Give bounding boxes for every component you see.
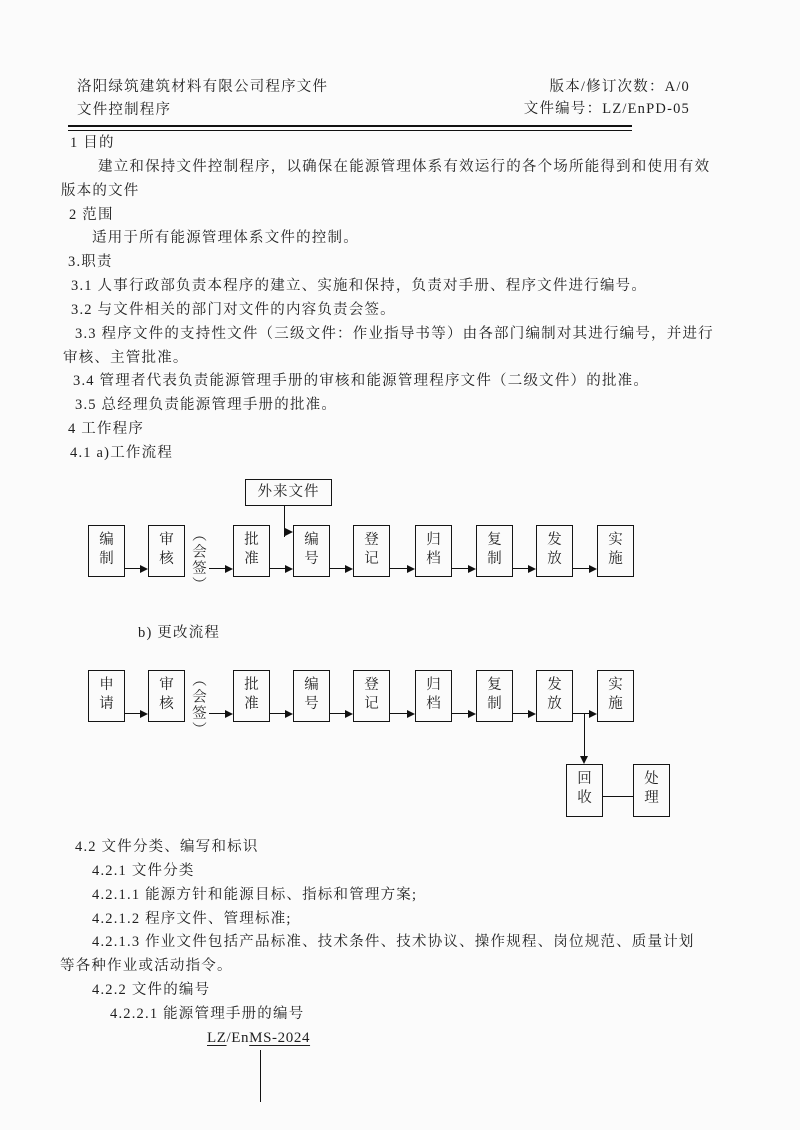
flow-a-step-box: 归档 [415, 525, 452, 577]
section-heading-procedure: 4 工作程序 [68, 418, 770, 442]
flow-b-step-box: 归档 [415, 670, 452, 722]
header-doc-title: 文件控制程序 [77, 99, 171, 121]
paragraph-line: 4.2.1.3 作业文件包括产品标准、技术条件、技术协议、操作规程、岗位规范、质… [92, 931, 770, 955]
flow-a-step-box: 实施 [597, 525, 634, 577]
paragraph-line: 3.1 人事行政部负责本程序的建立、实施和保持，负责对手册、程序文件进行编号。 [71, 275, 770, 299]
paragraph-line: 3.3 程序文件的支持性文件（三级文件：作业指导书等）由各部门编制对其进行编号，… [75, 323, 770, 347]
paragraph-line: 适用于所有能源管理体系文件的控制。 [92, 227, 770, 251]
flow-a-arrowhead [407, 565, 415, 573]
flow-b-arrowhead [140, 710, 148, 718]
flow-a-cosign-note: （会签） [190, 527, 206, 593]
flow-b-step-label: 审核 [158, 676, 176, 714]
flow-a-arrow-line [330, 568, 345, 569]
paragraph-line: 3.4 管理者代表负责能源管理手册的审核和能源管理程序文件（二级文件）的批准。 [73, 370, 770, 394]
flow-b-recycle-label: 回收 [576, 770, 594, 808]
flow-a-step-box: 审核 [148, 525, 185, 577]
header-doc-number: 文件编号：LZ/EnPD-05 [460, 98, 690, 120]
code-part-underlined: MS-2024 [249, 1030, 310, 1046]
flowchart-b-caption: b) 更改流程 [138, 621, 220, 642]
paragraph-line: 4.2.2.1 能源管理手册的编号 [110, 1003, 770, 1027]
flow-b-arrow-line [209, 713, 225, 714]
paragraph-line: 等各种作业或活动指令。 [60, 955, 770, 979]
paragraph-line: 4.2.2 文件的编号 [92, 979, 770, 1003]
flow-b-arrowhead [225, 710, 233, 718]
flow-b-step-box: 编号 [293, 670, 330, 722]
flow-a-step-label: 归档 [425, 531, 443, 569]
body-text-block: 1 目的 建立和保持文件控制程序，以确保在能源管理体系有效运行的各个场所能得到和… [60, 132, 770, 466]
section-heading-purpose: 1 目的 [70, 132, 770, 156]
flow-a-arrow-line [270, 568, 285, 569]
flow-a-step-box: 登记 [353, 525, 390, 577]
flow-b-step-box: 发放 [536, 670, 573, 722]
flow-b-dispose-label: 处理 [643, 770, 661, 808]
flow-a-arrow-line [573, 568, 589, 569]
flow-a-external-doc-box: 外来文件 [245, 479, 332, 506]
flow-b-arrowhead [345, 710, 353, 718]
flow-b-step-label: 申请 [98, 676, 116, 714]
flow-a-step-label: 登记 [363, 531, 381, 569]
flow-a-arrow-line [390, 568, 407, 569]
flow-b-step-box: 登记 [353, 670, 390, 722]
flow-b-arrowhead [468, 710, 476, 718]
flow-a-step-label: 编号 [303, 531, 321, 569]
header-divider-rule [68, 125, 632, 131]
flow-b-arrow-line [573, 713, 589, 714]
flow-a-step-label: 发放 [546, 531, 564, 569]
flow-a-step-label: 实施 [607, 531, 625, 569]
code-part-plain: /En [227, 1030, 250, 1046]
flow-b-drop-arrowhead [580, 756, 588, 764]
flow-a-step-box: 批准 [233, 525, 270, 577]
flow-a-step-label: 复制 [486, 531, 504, 569]
flow-b-step-label: 批准 [243, 676, 261, 714]
section-heading-responsibility: 3.职责 [68, 251, 770, 275]
flow-a-arrowhead [468, 565, 476, 573]
flow-b-arrow-line [390, 713, 407, 714]
manual-number-code: LZ/EnMS-2024 [207, 1027, 770, 1051]
header-version-label: 版本/修订次数：A/0 [460, 76, 690, 98]
flow-a-arrow-line [452, 568, 468, 569]
flow-b-step-label: 编号 [303, 676, 321, 714]
flow-a-arrowhead [528, 565, 536, 573]
flow-b-arrow-line [125, 713, 140, 714]
flow-b-step-box: 复制 [476, 670, 513, 722]
flow-a-arrowhead [285, 565, 293, 573]
flow-a-external-arrowhead [285, 528, 293, 536]
flow-b-drop-line [584, 714, 585, 757]
flow-a-arrowhead [345, 565, 353, 573]
flow-a-step-label: 编制 [98, 531, 116, 569]
bottom-text-block: 4.2 文件分类、编写和标识 4.2.1 文件分类 4.2.1.1 能源方针和能… [60, 836, 770, 1051]
flow-a-step-box: 发放 [536, 525, 573, 577]
section-heading-classification: 4.2 文件分类、编写和标识 [75, 836, 770, 860]
flow-a-step-box: 编号 [293, 525, 330, 577]
flow-b-arrowhead [407, 710, 415, 718]
flow-a-arrow-line [513, 568, 528, 569]
flow-b-cosign-note: （会签） [190, 672, 206, 738]
flow-b-step-label: 发放 [546, 676, 564, 714]
code-annotation-line [260, 1050, 261, 1102]
paragraph-line: 版本的文件 [61, 180, 770, 204]
flow-a-step-label: 审核 [158, 531, 176, 569]
paragraph-line: 审核、主管批准。 [63, 347, 770, 371]
flow-b-step-box: 审核 [148, 670, 185, 722]
flow-b-arrow-line [452, 713, 468, 714]
section-heading-scope: 2 范围 [69, 204, 770, 228]
paragraph-line: 4.2.1.1 能源方针和能源目标、指标和管理方案; [92, 884, 770, 908]
header-company-line: 洛阳绿筑建筑材料有限公司程序文件 [77, 76, 328, 98]
flow-b-arrow-line [513, 713, 528, 714]
paragraph-line: 建立和保持文件控制程序，以确保在能源管理体系有效运行的各个场所能得到和使用有效 [98, 156, 770, 180]
flow-b-arrowhead [528, 710, 536, 718]
flow-a-step-box: 编制 [88, 525, 125, 577]
flow-b-step-label: 归档 [425, 676, 443, 714]
flow-a-arrowhead [140, 565, 148, 573]
flow-a-step-box: 复制 [476, 525, 513, 577]
flow-b-dispose-box: 处理 [633, 764, 670, 817]
flow-b-arrow-line [270, 713, 285, 714]
code-part-underlined: LZ [207, 1030, 227, 1046]
flow-b-recycle-dispose-connector [603, 796, 633, 797]
paragraph-line: 3.5 总经理负责能源管理手册的批准。 [75, 394, 770, 418]
flow-b-arrow-line [330, 713, 345, 714]
flow-b-arrowhead [285, 710, 293, 718]
paragraph-line: 4.2.1 文件分类 [92, 860, 770, 884]
flow-b-step-box: 实施 [597, 670, 634, 722]
flow-b-step-label: 实施 [607, 676, 625, 714]
flow-a-arrowhead [589, 565, 597, 573]
flow-a-arrow-line [125, 568, 140, 569]
flow-b-step-box: 批准 [233, 670, 270, 722]
flow-b-step-label: 登记 [363, 676, 381, 714]
flow-b-step-box: 申请 [88, 670, 125, 722]
flow-a-step-label: 批准 [243, 531, 261, 569]
flow-b-arrowhead [589, 710, 597, 718]
flow-b-recycle-box: 回收 [566, 764, 603, 817]
paragraph-line: 3.2 与文件相关的部门对文件的内容负责会签。 [71, 299, 770, 323]
flowchart-a-caption: 4.1 a)工作流程 [70, 442, 770, 466]
flow-a-arrowhead [225, 565, 233, 573]
paragraph-line: 4.2.1.2 程序文件、管理标准; [92, 908, 770, 932]
flow-a-arrow-line [209, 568, 225, 569]
flow-b-step-label: 复制 [486, 676, 504, 714]
